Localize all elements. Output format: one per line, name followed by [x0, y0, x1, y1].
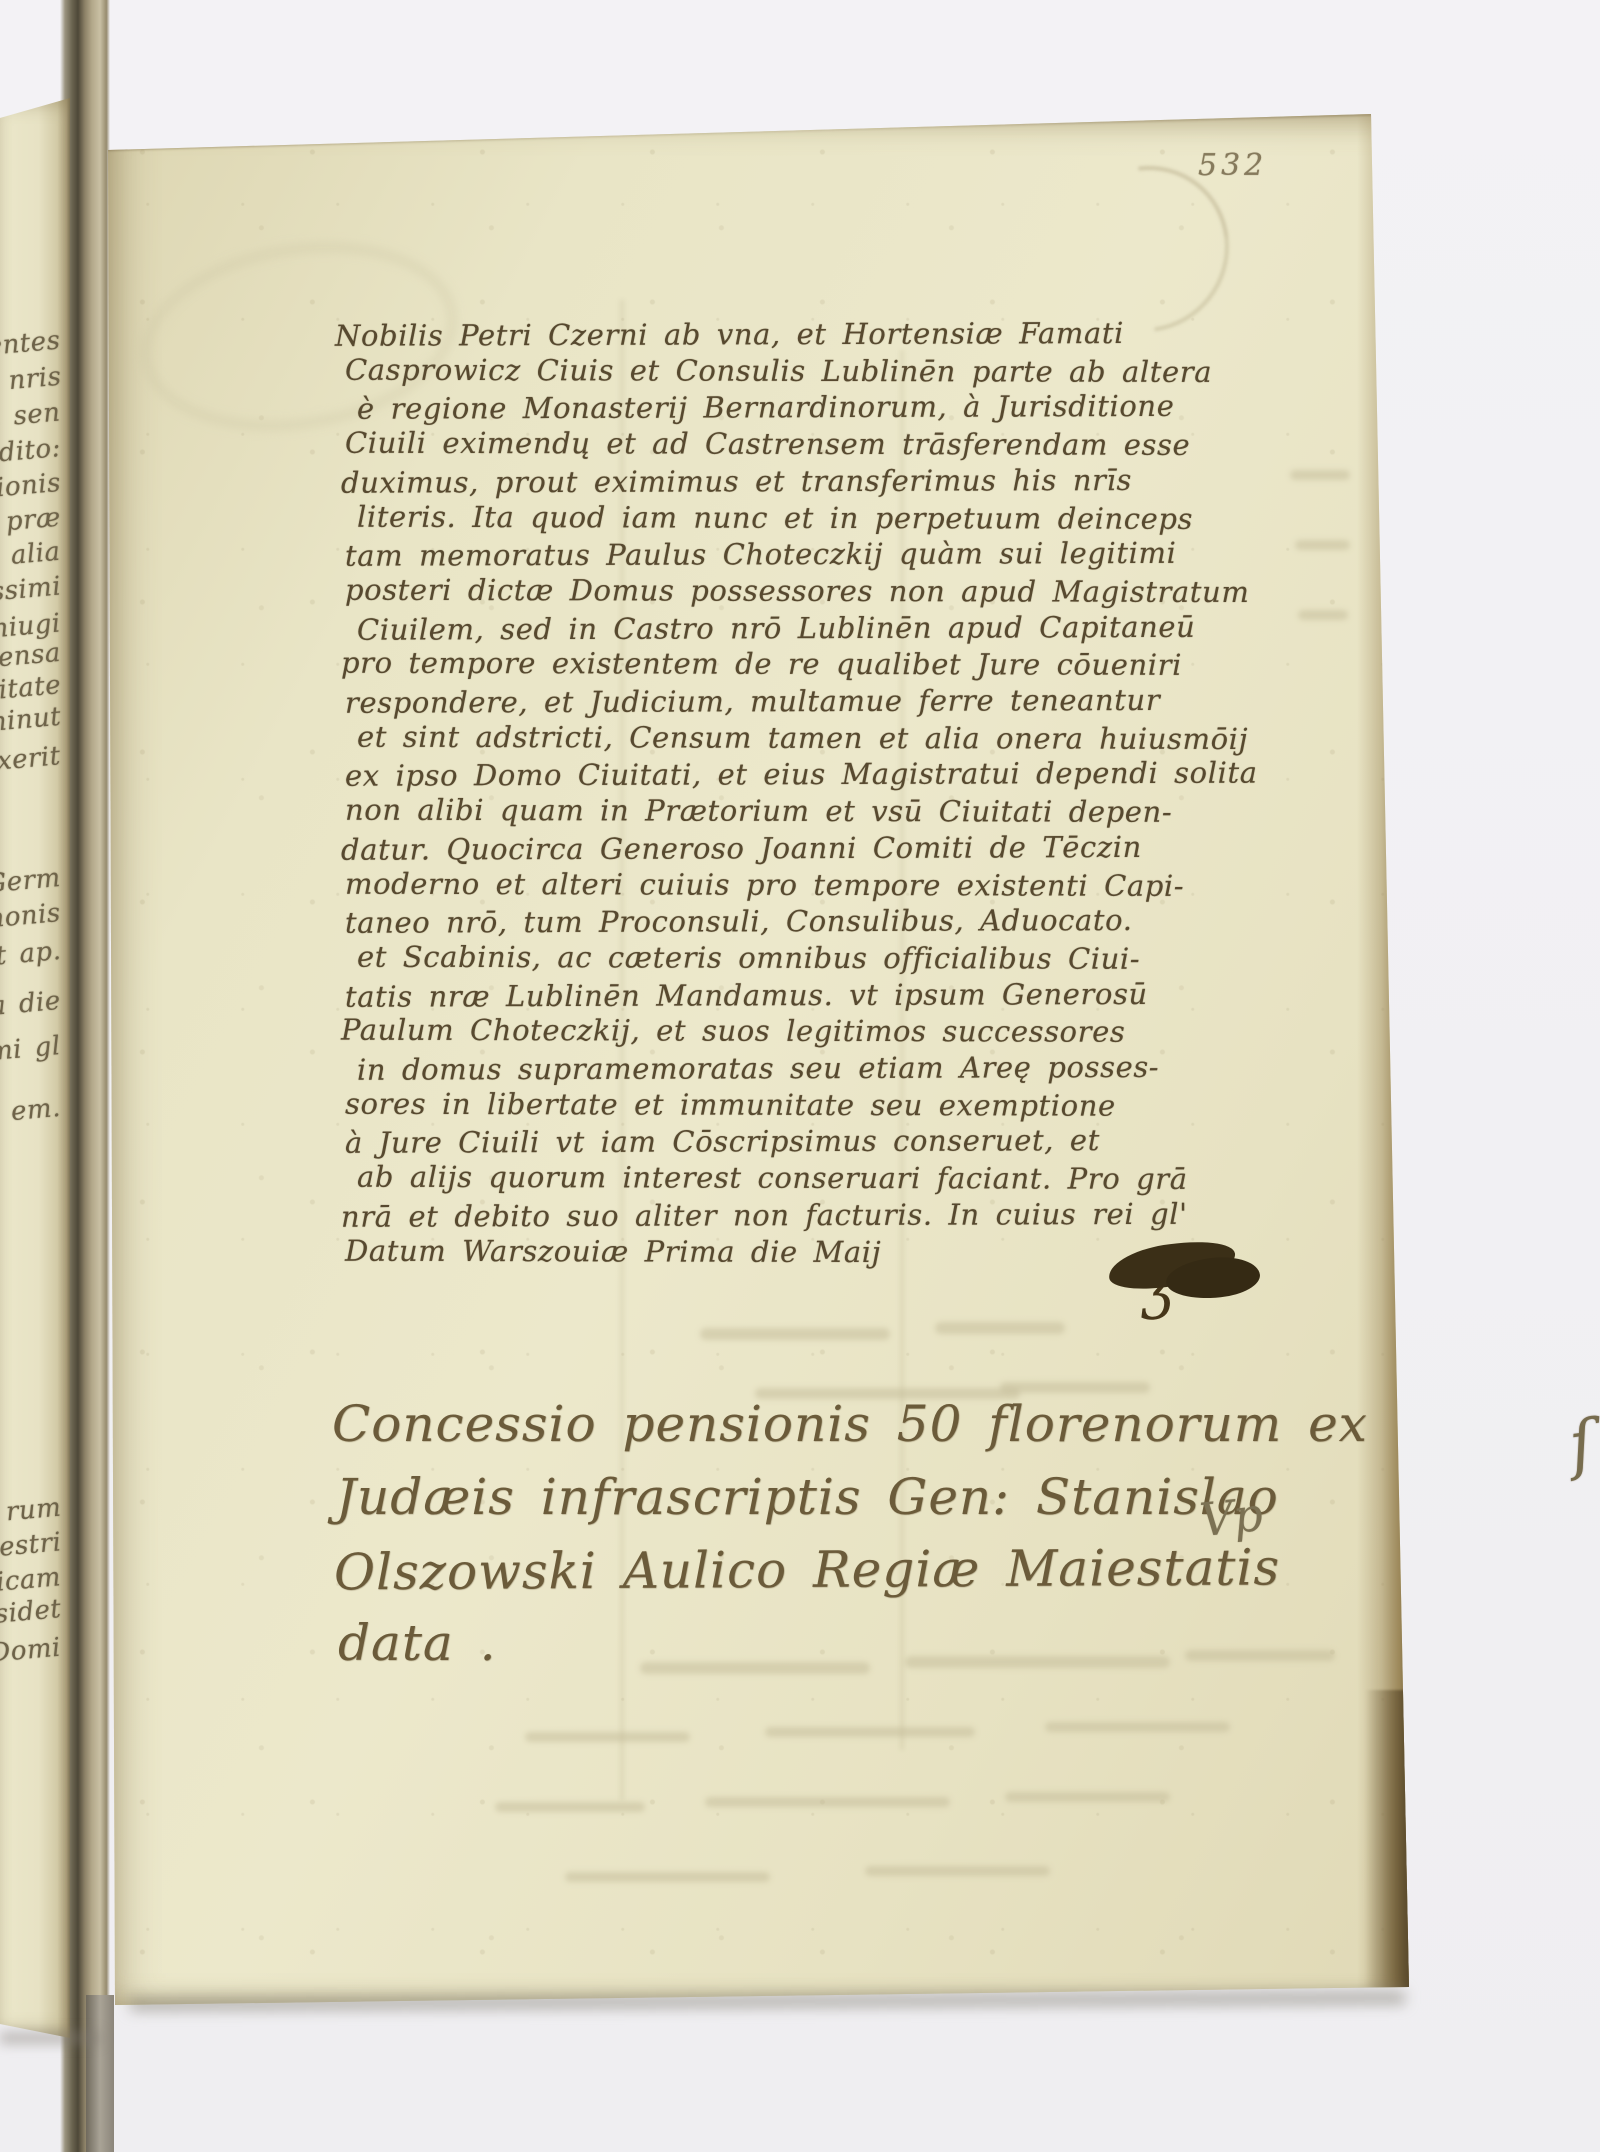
- manuscript-line: tatis nræ Lublinēn Mandamus. vt ipsum Ge…: [345, 975, 1345, 1015]
- page-top-foxing: [107, 111, 1375, 151]
- manuscript-line: Nobilis Petri Czerni ab vna, et Hortensi…: [335, 314, 1345, 354]
- manuscript-line: à Jure Ciuili vt iam Cōscripsimus conser…: [345, 1122, 1345, 1162]
- index-heading: Concessio pensionis 50 florenorum exJudæ…: [332, 1388, 1232, 1680]
- left-page-text-fragments: ittentess nrisint, senSubdito:nditionisg…: [0, 0, 64, 2152]
- left-page-fragment: int, sen: [0, 397, 62, 436]
- left-page-fragment: oixerit: [0, 741, 62, 779]
- heading-line: Judæis infrascriptis Gen: Stanislao: [336, 1461, 1232, 1534]
- bleed-through-line: [525, 1732, 690, 1742]
- bleed-through-line: [700, 1328, 890, 1340]
- left-page-flourish: ſ: [1565, 1407, 1599, 1484]
- bleed-through-line: [495, 1802, 645, 1812]
- left-page-fragment: et Germ: [0, 863, 62, 903]
- manuscript-scan: ittentess nrisint, senSubdito:nditionisg…: [0, 0, 1600, 2152]
- manuscript-line: literis. Ita quod iam nunc et in perpetu…: [357, 498, 1345, 537]
- left-page-fragment: rum: [4, 1493, 62, 1528]
- left-page-fragment: Subdito:: [0, 433, 62, 473]
- left-page-fragment: ittentes: [0, 326, 62, 365]
- left-page-fragment: icam: [0, 1562, 62, 1598]
- manuscript-line: in domus supramemoratas seu etiam Areę p…: [357, 1048, 1345, 1088]
- left-page-fragment: ter Domi: [0, 1633, 62, 1674]
- book-gutter-rod-lower: [86, 1995, 114, 2152]
- manuscript-line: non alibi quam in Prætorium et vsū Ciuit…: [345, 792, 1345, 831]
- bleed-through-line: [935, 1322, 1065, 1334]
- manuscript-line: pro tempore existentem de re qualibet Ju…: [341, 645, 1345, 684]
- left-page-fragment: estri: [0, 1527, 62, 1562]
- manuscript-line: è regione Monasterij Bernardinorum, à Ju…: [357, 388, 1345, 428]
- heading-line: data .: [338, 1607, 1232, 1680]
- manuscript-line: posteri dictæ Domus possessores non apud…: [345, 572, 1345, 611]
- bleed-through-line: [565, 1872, 770, 1882]
- manuscript-line: ab alijs quorum interest conseruari faci…: [357, 1159, 1345, 1198]
- left-page-fragment: ma die: [0, 986, 62, 1024]
- bleed-through-line: [1045, 1722, 1230, 1732]
- left-page-fragment: t possidet: [0, 1594, 62, 1636]
- manuscript-line: sores in libertate et immunitate seu exe…: [345, 1085, 1345, 1124]
- margin-mark: Vp: [1197, 1487, 1265, 1547]
- manuscript-line: tam memoratus Paulus Choteczkij quàm sui…: [345, 534, 1345, 574]
- manuscript-line: et Scabinis, ac cæteris omnibus official…: [357, 939, 1345, 978]
- manuscript-line: respondere, et Judicium, multamue ferre …: [345, 681, 1345, 721]
- manuscript-line: Ciuilem, sed in Castro nrō Lublinēn apud…: [357, 608, 1345, 648]
- manuscript-line: ex ipso Domo Ciuitati, et eius Magistrat…: [345, 755, 1345, 795]
- left-page-fragment: s nris: [0, 362, 62, 399]
- manuscript-line: taneo nrō, tum Proconsuli, Consulibus, A…: [345, 902, 1345, 942]
- left-page-fragment: em.: [10, 1093, 62, 1127]
- left-page-fragment: stimonis: [0, 898, 62, 938]
- manuscript-line: Paulum Choteczkij, et suos legitimos suc…: [341, 1012, 1345, 1051]
- ink-blot: ʒ: [1100, 1236, 1320, 1346]
- heading-line: Concessio pensionis 50 florenorum ex: [332, 1388, 1232, 1461]
- manuscript-line: nrā et debito suo aliter non facturis. I…: [341, 1195, 1345, 1235]
- manuscript-line: duximus, prout eximimus et transferimus …: [341, 461, 1345, 501]
- bleed-through-line: [865, 1866, 1050, 1876]
- manuscript-line: moderno et alteri cuiuis pro tempore exi…: [345, 865, 1345, 904]
- bleed-through-line: [705, 1797, 950, 1807]
- manuscript-line: et sint adstricti, Censum tamen et alia …: [357, 718, 1345, 757]
- bleed-through-line: [1005, 1792, 1170, 1802]
- manuscript-line: Casprowicz Ciuis et Consulis Lublinēn pa…: [345, 351, 1345, 390]
- page-number: 532: [1198, 148, 1267, 183]
- book-fore-edge-lower: [1365, 1690, 1411, 1990]
- bleed-through-line: [765, 1727, 975, 1737]
- left-page-fragment: adiminut: [0, 702, 62, 742]
- manuscript-line: Ciuili eximendų et ad Castrensem trāsfer…: [345, 425, 1345, 464]
- left-page-fragment: Rmi gl: [0, 1031, 62, 1069]
- left-page-fragment: est ap.: [0, 936, 62, 974]
- left-page-bottom-shadow: [0, 2032, 100, 2044]
- manuscript-body-text: Nobilis Petri Czerni ab vna, et Hortensi…: [345, 316, 1345, 1270]
- manuscript-line: datur. Quocirca Generoso Joanni Comiti d…: [341, 828, 1345, 868]
- heading-line: Olszowski Aulico Regiæ Maiestatis: [334, 1532, 1232, 1610]
